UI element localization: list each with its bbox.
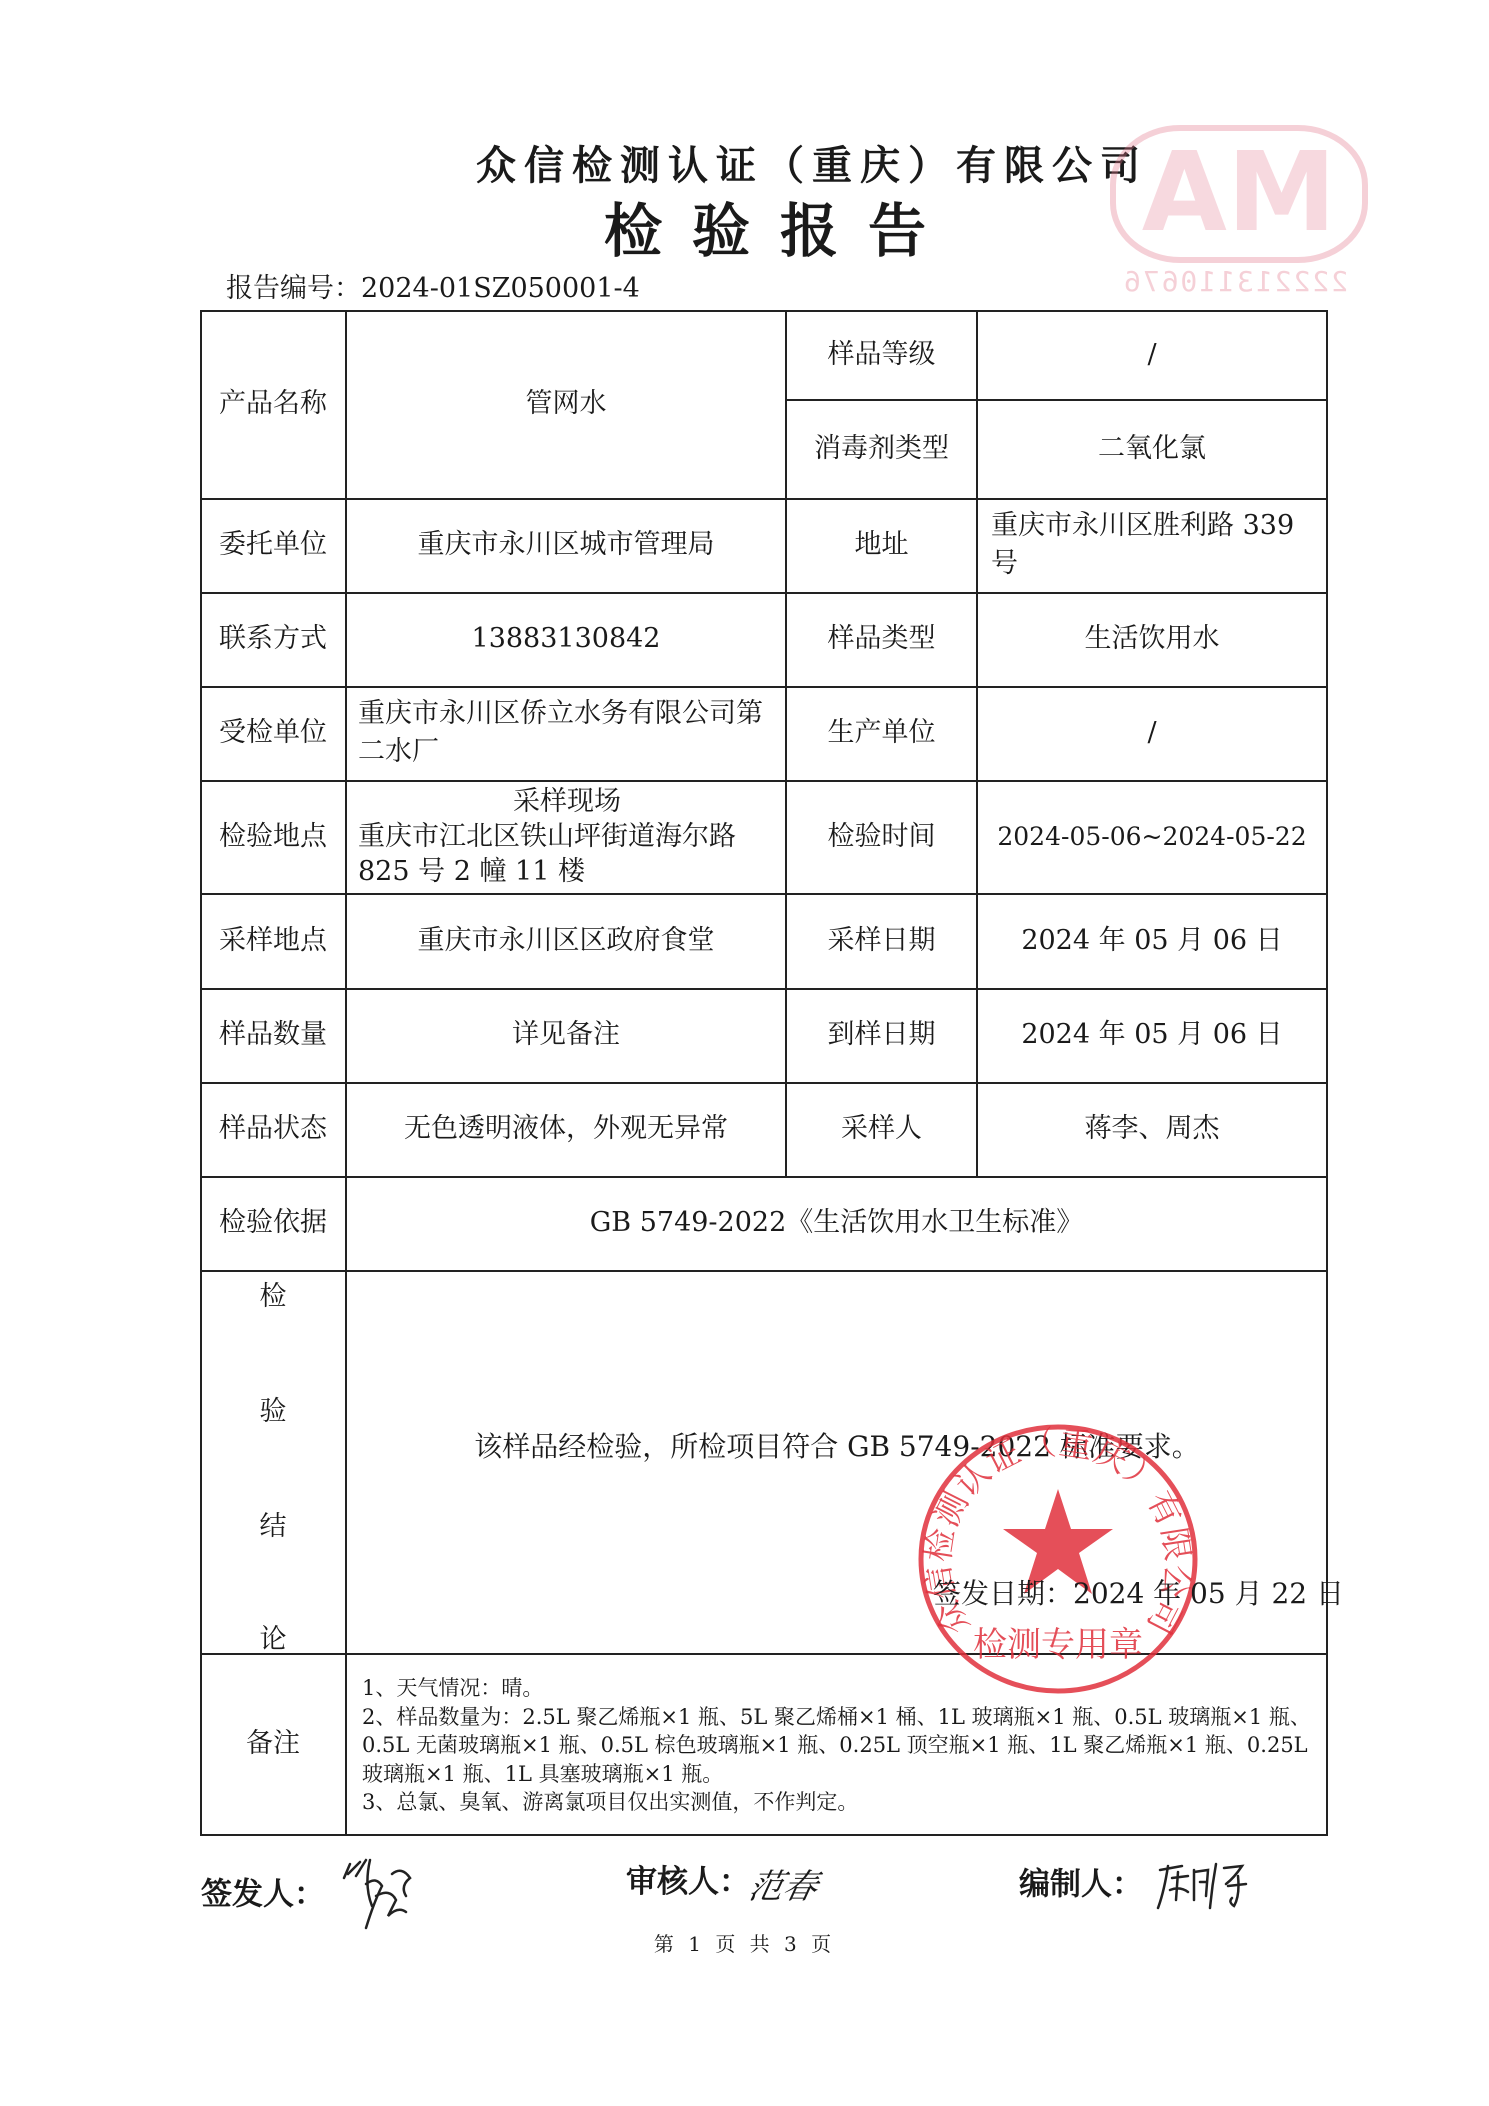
- label-sample-grade: 样品等级: [786, 310, 977, 399]
- label-contact: 联系方式: [200, 592, 346, 686]
- sign-date: 签发日期：2024 年 05 月 22 日: [933, 1572, 1344, 1612]
- label-inspection-site: 检验地点: [200, 780, 346, 893]
- table-border-bottom: [200, 1834, 1328, 1836]
- value-contact: 13883130842: [346, 592, 786, 686]
- label-inspection-time: 检验时间: [786, 780, 977, 893]
- label-disinfectant-type: 消毒剂类型: [786, 399, 977, 498]
- report-number-label: 报告编号：: [226, 273, 361, 304]
- value-inspection-site: 采样现场 重庆市江北区铁山坪街道海尔路 825 号 2 幢 11 楼: [346, 780, 786, 893]
- page-number: 第 1 页 共 3 页: [0, 1928, 1489, 1957]
- reviewer-signature: 范春: [745, 1859, 823, 1908]
- label-sampling-site: 采样地点: [200, 893, 346, 988]
- remarks-list: 1、天气情况：晴。 2、样品数量为：2.5L 聚乙烯瓶×1 瓶、5L 聚乙烯桶×…: [362, 1674, 1322, 1817]
- value-inspected-unit: 重庆市永川区侨立水务有限公司第二水厂: [346, 686, 786, 780]
- label-sample-type: 样品类型: [786, 592, 977, 686]
- value-sample-state: 无色透明液体，外观无异常: [346, 1082, 786, 1176]
- value-manufacturer: /: [977, 686, 1327, 780]
- value-sample-type: 生活饮用水: [977, 592, 1327, 686]
- label-inspected-unit: 受检单位: [200, 686, 346, 780]
- company-name: 众信检测认证（重庆）有限公司: [476, 134, 1082, 191]
- issuer-block: 签发人：: [201, 1856, 446, 1936]
- remark-line: 0.5L 无菌玻璃瓶×1 瓶、0.5L 棕色玻璃瓶×1 瓶、0.25L 顶空瓶×…: [362, 1731, 1322, 1760]
- remark-line: 3、总氯、臭氧、游离氯项目仅出实测值，不作判定。: [362, 1788, 1322, 1817]
- value-sampling-site: 重庆市永川区区政府食堂: [346, 893, 786, 988]
- label-sampling-date: 采样日期: [786, 893, 977, 988]
- value-address: 重庆市永川区胜利路 339 号: [977, 498, 1327, 592]
- report-number: 报告编号：2024-01SZ050001-4: [226, 266, 640, 305]
- label-product-name: 产品名称: [200, 310, 346, 498]
- remark-line: 玻璃瓶×1 瓶、1L 具塞玻璃瓶×1 瓶。: [362, 1760, 1322, 1789]
- label-sample-state: 样品状态: [200, 1082, 346, 1176]
- value-sampling-date: 2024 年 05 月 06 日: [977, 893, 1327, 988]
- label-sample-quantity: 样品数量: [200, 988, 346, 1082]
- report-number-value: 2024-01SZ050001-4: [361, 273, 640, 304]
- inspection-site-line-3: 825 号 2 幢 11 楼: [358, 854, 585, 889]
- label-address: 地址: [786, 498, 977, 592]
- preparer-label: 编制人：: [1019, 1867, 1143, 1903]
- row-divider: [200, 1270, 1328, 1272]
- seal-bottom-text: 检测专用章: [973, 1625, 1143, 1665]
- remark-line: 2、样品数量为：2.5L 聚乙烯瓶×1 瓶、5L 聚乙烯桶×1 桶、1L 玻璃瓶…: [362, 1703, 1322, 1732]
- value-disinfectant-type: 二氧化氯: [977, 399, 1327, 498]
- value-basis: GB 5749-2022《生活饮用水卫生标准》: [346, 1176, 1327, 1270]
- issuer-signature-icon: [336, 1856, 446, 1936]
- report-title: 检验报告: [600, 184, 960, 268]
- label-sampler: 采样人: [786, 1082, 977, 1176]
- value-product-name: 管网水: [346, 310, 786, 498]
- issuer-label: 签发人：: [201, 1877, 325, 1913]
- label-conclusion-char-3: 结: [200, 1504, 346, 1543]
- official-seal-icon: 众信检测认证（重庆）有限公司 检测专用章: [918, 1424, 1198, 1694]
- value-sample-grade: /: [977, 310, 1327, 399]
- reviewer-block: 审核人：范春: [626, 1856, 818, 1908]
- label-conclusion-char-2: 验: [200, 1389, 346, 1428]
- value-inspection-time: 2024-05-06~2024-05-22: [977, 780, 1327, 893]
- label-conclusion-char-4: 论: [200, 1617, 346, 1656]
- am-stamp-letters: AM: [1110, 132, 1368, 252]
- value-sampler: 蒋李、周杰: [977, 1082, 1327, 1176]
- value-client: 重庆市永川区城市管理局: [346, 498, 786, 592]
- value-arrival-date: 2024 年 05 月 06 日: [977, 988, 1327, 1082]
- am-stamp-number: 222213110676: [1105, 265, 1365, 298]
- inspection-site-line-2: 重庆市江北区铁山坪街道海尔路: [358, 819, 736, 854]
- label-conclusion-char-1: 检: [200, 1274, 346, 1313]
- label-client: 委托单位: [200, 498, 346, 592]
- preparer-block: 编制人：: [1019, 1856, 1264, 1916]
- label-basis: 检验依据: [200, 1176, 346, 1270]
- label-arrival-date: 到样日期: [786, 988, 977, 1082]
- inspection-site-line-1: 采样现场: [358, 784, 776, 819]
- label-remarks: 备注: [200, 1653, 346, 1834]
- label-manufacturer: 生产单位: [786, 686, 977, 780]
- value-sample-quantity: 详见备注: [346, 988, 786, 1082]
- preparer-signature-icon: [1154, 1856, 1264, 1916]
- reviewer-label: 审核人：: [626, 1864, 750, 1900]
